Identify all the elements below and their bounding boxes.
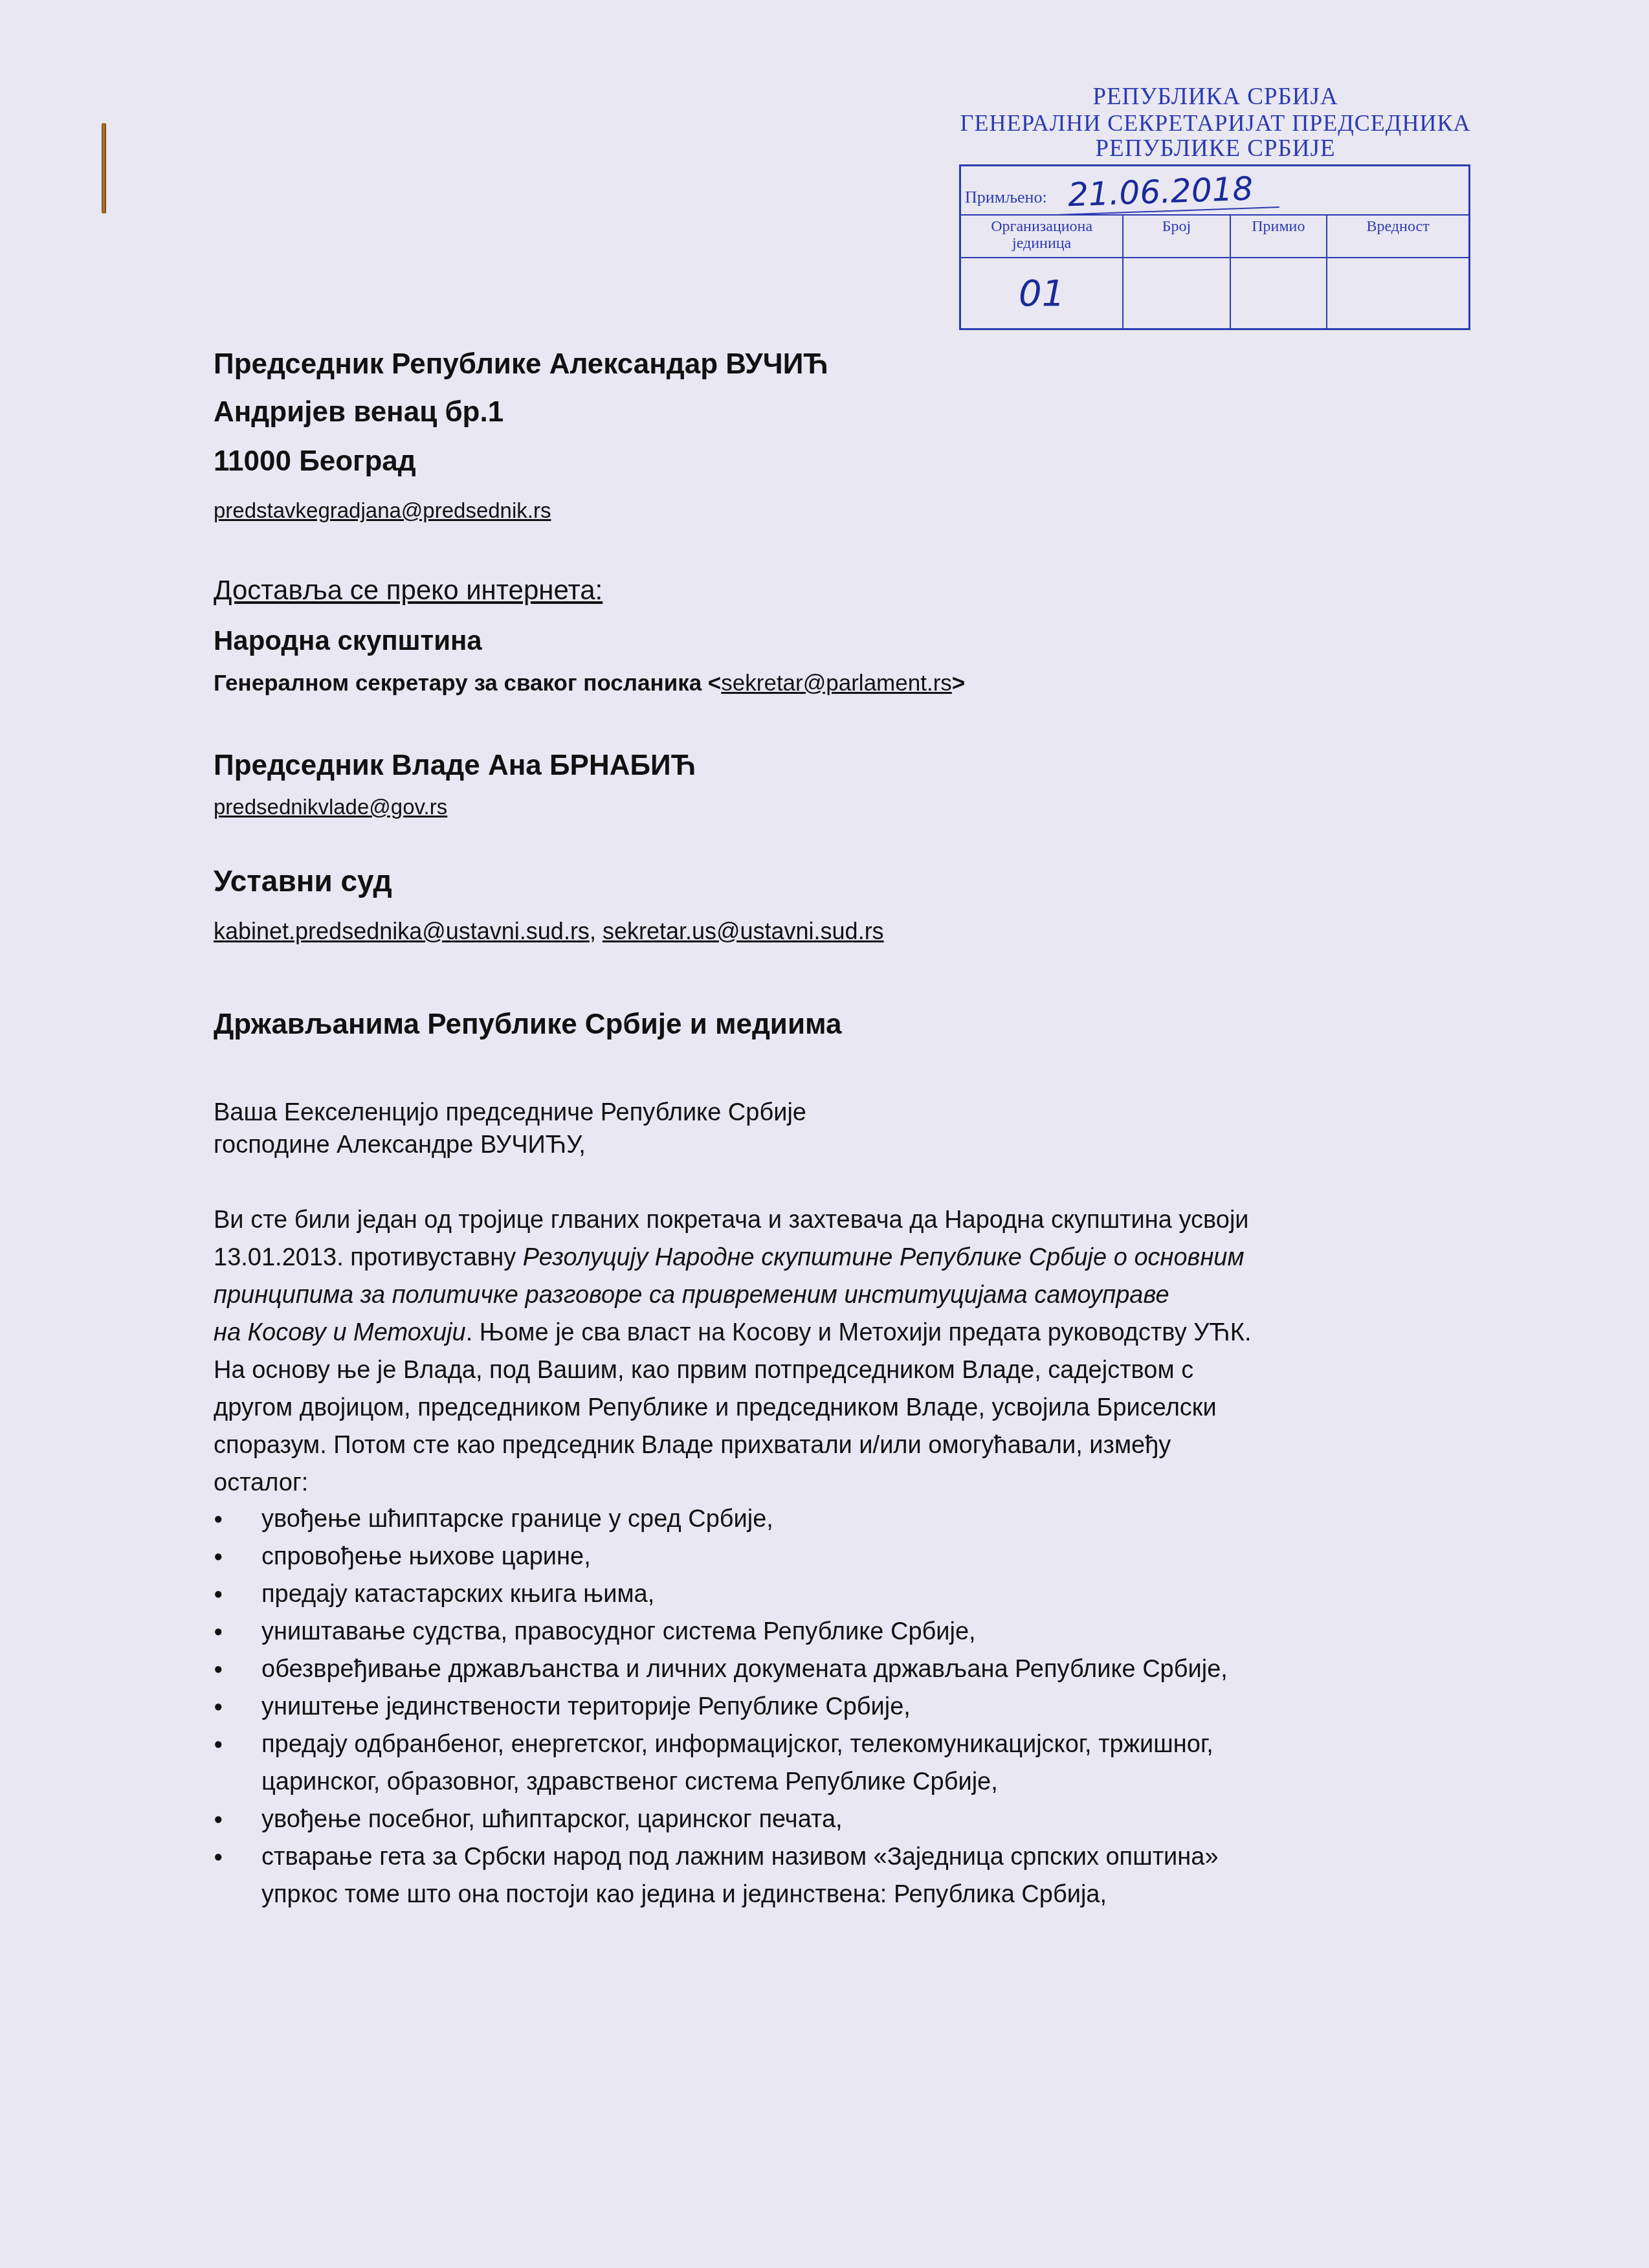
- recipient-government: Председник Владе Ана БРНАБИЋ: [214, 750, 696, 782]
- court-email-link-2[interactable]: sekretar.us@ustavni.sud.rs: [603, 918, 884, 944]
- court-email-link-1[interactable]: kabinet.predsednika@ustavni.sud.rs: [214, 918, 590, 944]
- court-emails: kabinet.predsednika@ustavni.sud.rs, sekr…: [214, 918, 884, 945]
- president-email-link[interactable]: predstavkegradjana@predsednik.rs: [214, 498, 551, 523]
- recipient-assembly: Народна скупштина: [214, 625, 482, 656]
- list-item: уништење јединствености територије Репуб…: [214, 1688, 1228, 1726]
- recipient-president: Председник Републике Александар ВУЧИЋ: [214, 348, 828, 381]
- list-item: предају катастарских књига њима,: [214, 1575, 1228, 1613]
- stamp-line-1: РЕПУБЛИКА СРБИЈА: [957, 84, 1474, 110]
- col-org-unit: Организациона јединица: [960, 215, 1123, 258]
- president-address: Андријев венац бр.1: [214, 396, 504, 428]
- recipient-court: Уставни суд: [214, 863, 392, 898]
- grievance-list: увођење шћиптарске границе у сред Србије…: [214, 1500, 1228, 1913]
- list-item: обезвређивање држављанства и личних доку…: [214, 1651, 1228, 1688]
- list-item: уништавање судства, правосудног система …: [214, 1613, 1228, 1651]
- stamp-line-3: РЕПУБЛИКЕ СРБИЈЕ: [957, 136, 1474, 162]
- assembly-line: Генералном секретару за сваког посланика…: [214, 671, 965, 696]
- list-item: стварање гета за Србски народ под лажним…: [214, 1838, 1228, 1913]
- stamp-header: РЕПУБЛИКА СРБИЈА ГЕНЕРАЛНИ СЕКРЕТАРИЈАТ …: [957, 84, 1474, 162]
- delivery-note: Доставља се преко интернета:: [214, 575, 603, 606]
- received-date: 21.06.2018: [1054, 169, 1279, 216]
- recipient-citizens: Држављанима Републике Србије и медиима: [214, 1008, 841, 1041]
- list-item: спровођење њихове царине,: [214, 1538, 1228, 1575]
- org-unit-value: 01: [960, 258, 1123, 329]
- assembly-email-link[interactable]: sekretar@parlament.rs: [721, 671, 951, 696]
- value-value: [1327, 258, 1469, 329]
- reception-stamp: РЕПУБЛИКА СРБИЈА ГЕНЕРАЛНИ СЕКРЕТАРИЈАТ …: [957, 84, 1474, 330]
- received-cell: Примљено: 21.06.2018: [960, 166, 1470, 216]
- col-number: Број: [1123, 215, 1230, 258]
- list-item: увођење посебног, шћиптарског, царинског…: [214, 1801, 1228, 1838]
- list-item: увођење шћиптарске границе у сред Србије…: [214, 1500, 1228, 1538]
- received-by-value: [1230, 258, 1327, 329]
- list-item: предају одбранбеног, енергетског, информ…: [214, 1726, 1228, 1801]
- stamp-table: Примљено: 21.06.2018 Организациона једин…: [959, 164, 1470, 330]
- president-city: 11000 Београд: [214, 445, 416, 478]
- government-email-link[interactable]: predsednikvlade@gov.rs: [214, 795, 447, 819]
- staple-mark: [102, 123, 106, 214]
- stamp-line-2: ГЕНЕРАЛНИ СЕКРЕТАРИЈАТ ПРЕДСЕДНИКА: [957, 110, 1474, 136]
- number-value: [1123, 258, 1230, 329]
- received-label: Примљено:: [965, 188, 1047, 206]
- salutation-line-2: господине Александре ВУЧИЋУ,: [214, 1126, 586, 1164]
- col-value: Вредност: [1327, 215, 1469, 258]
- body-paragraph: Ви сте били један од тројице глваних пок…: [214, 1201, 1251, 1502]
- col-received-by: Примио: [1230, 215, 1327, 258]
